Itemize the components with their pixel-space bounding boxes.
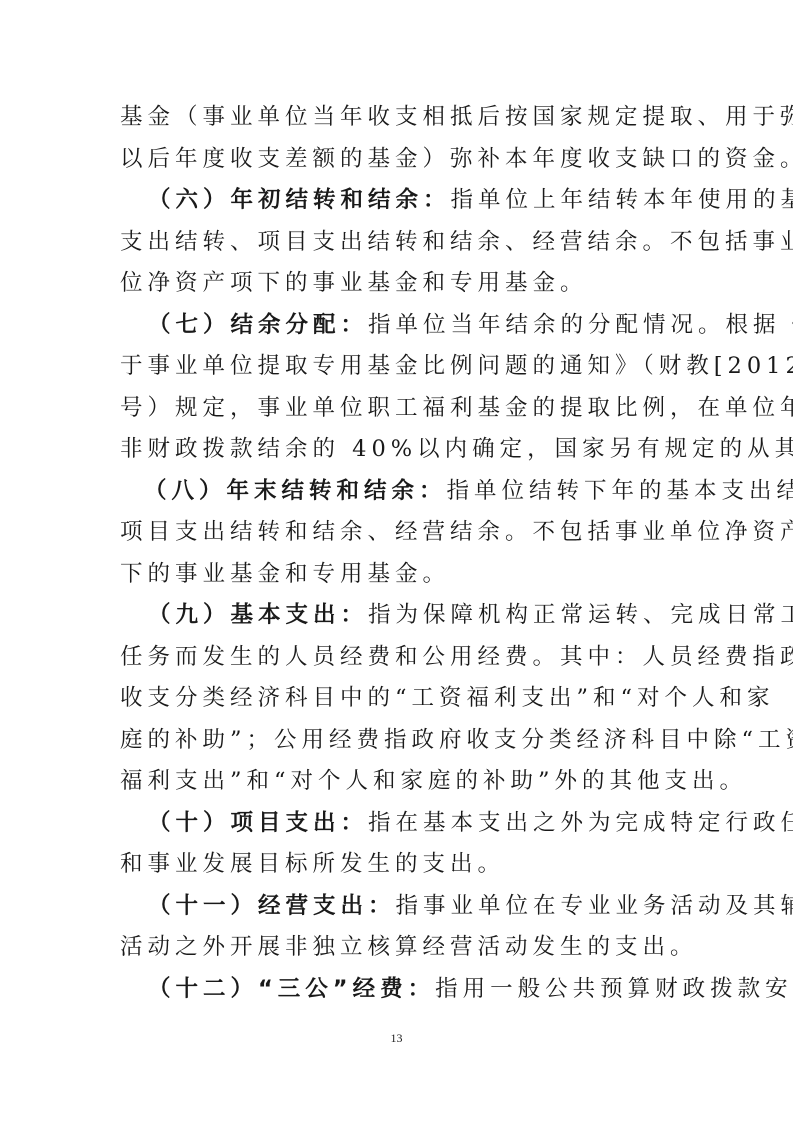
term-text: 指单位当年结余的分配情况。根据《关 [368,312,793,338]
text-line: 非财政拨款结余的 40%以内确定，国家另有规定的从其规定。 [120,429,676,471]
text-line: 活动之外开展非独立核算经营活动发生的支出。 [120,927,676,969]
text-line: 基金（事业单位当年收支相抵后按国家规定提取、用于弥补 [120,97,676,139]
text-line: 项目支出结转和结余、经营结余。不包括事业单位净资产项 [120,512,676,554]
term-heading: （六）年初结转和结余： [148,187,451,213]
definition-heading-line: （八）年末结转和结余：指单位结转下年的基本支出结转、 [120,471,676,513]
term-text: 指事业单位在专业业务活动及其辅助 [396,893,793,919]
term-heading: （十）项目支出： [148,810,368,836]
definition-heading-line: （十）项目支出：指在基本支出之外为完成特定行政任务 [120,803,676,845]
text-line: 以后年度收支差额的基金）弥补本年度收支缺口的资金。 [120,139,676,181]
text-line: 号）规定，事业单位职工福利基金的提取比例，在单位年度 [120,388,676,430]
term-heading: （十二）“三公”经费： [148,976,435,1002]
text-line: 支出结转、项目支出结转和结余、经营结余。不包括事业单 [120,222,676,264]
definition-heading-line: （六）年初结转和结余：指单位上年结转本年使用的基本 [120,180,676,222]
definition-heading-line: （七）结余分配：指单位当年结余的分配情况。根据《关 [120,305,676,347]
body-text: 基金（事业单位当年收支相抵后按国家规定提取、用于弥补 以后年度收支差额的基金）弥… [120,97,676,1010]
term-heading: （九）基本支出： [148,602,368,628]
term-heading: （八）年末结转和结余： [144,478,447,504]
term-text: 指在基本支出之外为完成特定行政任务 [368,810,793,836]
text-line: 福利支出”和“对个人和家庭的补助”外的其他支出。 [120,761,676,803]
text-line: 下的事业基金和专用基金。 [120,554,676,596]
text-line: 收支分类经济科目中的“工资福利支出”和“对个人和家 [120,678,676,720]
term-text: 指单位上年结转本年使用的基本 [451,187,793,213]
text-line: 位净资产项下的事业基金和专用基金。 [120,263,676,305]
term-text: 指用一般公共预算财政拨款安排 [435,976,793,1002]
definition-heading-line: （十一）经营支出：指事业单位在专业业务活动及其辅助 [120,886,676,928]
text-line: 于事业单位提取专用基金比例问题的通知》（财教[2012]32 [120,346,676,388]
term-text: 指单位结转下年的基本支出结转、 [447,478,793,504]
term-text: 指为保障机构正常运转、完成日常工作 [368,602,793,628]
page-number: 13 [0,1031,793,1046]
definition-heading-line: （九）基本支出：指为保障机构正常运转、完成日常工作 [120,595,676,637]
term-heading: （十一）经营支出： [148,893,396,919]
text-line: 庭的补助”；公用经费指政府收支分类经济科目中除“工资 [120,720,676,762]
definition-heading-line: （十二）“三公”经费：指用一般公共预算财政拨款安排 [120,969,676,1011]
document-page: 基金（事业单位当年收支相抵后按国家规定提取、用于弥补 以后年度收支差额的基金）弥… [0,0,793,1122]
text-line: 任务而发生的人员经费和公用经费。其中：人员经费指政府 [120,637,676,679]
text-line: 和事业发展目标所发生的支出。 [120,844,676,886]
term-heading: （七）结余分配： [148,312,368,338]
